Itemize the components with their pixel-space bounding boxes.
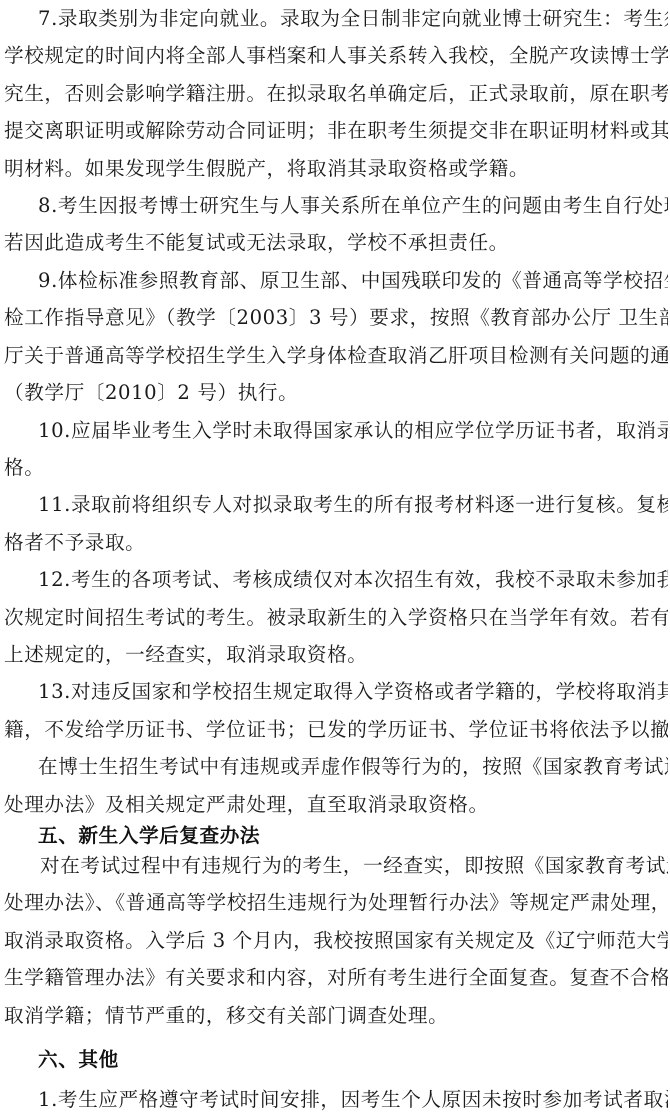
text-line: 检工作指导意见》（教学〔2003〕3 号）要求，按照《教育部办公厅 卫生部办公: [4, 306, 668, 330]
text-line: 次规定时间招生考试的考生。被录取新生的入学资格只在当学年有效。若有违反: [4, 606, 668, 630]
text-line: 在博士生招生考试中有违规或弄虚作假等行为的，按照《国家教育考试违规: [38, 755, 668, 779]
text-line: 厅关于普通高等学校招生学生入学身体检查取消乙肝项目检测有关问题的通知》: [4, 344, 668, 368]
text-line: 生学籍管理办法》有关要求和内容，对所有考生进行全面复查。复查不合格的，: [4, 966, 668, 990]
text-line: 7.录取类别为非定向就业。录取为全日制非定向就业博士研究生：考生须在: [38, 7, 668, 31]
text-line: 格者不予录取。: [4, 531, 668, 555]
text-line: 究生，否则会影响学籍注册。在拟录取名单确定后，正式录取前，原在职考生须: [4, 82, 668, 106]
text-line: 格。: [4, 456, 668, 480]
text-line: 12.考生的各项考试、考核成绩仅对本次招生有效，我校不录取未参加我校本: [38, 568, 668, 592]
text-line: 上述规定的，一经查实，取消录取资格。: [4, 643, 668, 667]
text-line: 10.应届毕业考生入学时未取得国家承认的相应学位学历证书者，取消录取资: [38, 419, 668, 443]
text-line: 若因此造成考生不能复试或无法录取，学校不承担责任。: [4, 231, 668, 255]
section-heading: 五、新生入学后复查办法: [38, 824, 260, 848]
text-line: 对在考试过程中有违规行为的考生，一经查实，即按照《国家教育考试违规: [40, 854, 668, 878]
text-line: 处理办法》及相关规定严肃处理，直至取消录取资格。: [4, 793, 668, 817]
text-line: 13.对违反国家和学校招生规定取得入学资格或者学籍的，学校将取消其学: [38, 680, 668, 704]
text-line: 9.体检标准参照教育部、原卫生部、中国残联印发的《普通高等学校招生体: [38, 269, 668, 293]
text-line: 学校规定的时间内将全部人事档案和人事关系转入我校，全脱产攻读博士学位研: [4, 44, 668, 68]
text-line: 11.录取前将组织专人对拟录取考生的所有报考材料逐一进行复核。复核不合: [38, 493, 668, 517]
text-line: 取消录取资格。入学后 3 个月内，我校按照国家有关规定及《辽宁师范大学研究: [4, 929, 668, 953]
text-line: 明材料。如果发现学生假脱产，将取消其录取资格或学籍。: [4, 157, 668, 181]
text-line: 8.考生因报考博士研究生与人事关系所在单位产生的问题由考生自行处理。: [38, 194, 668, 218]
text-line: 籍，不发给学历证书、学位证书；已发的学历证书、学位证书将依法予以撤销。: [4, 718, 668, 742]
document-page: 7.录取类别为非定向就业。录取为全日制非定向就业博士研究生：考生须在 学校规定的…: [0, 0, 670, 1113]
section-heading: 六、其他: [38, 1048, 119, 1072]
text-line: 处理办法》、《普通高等学校招生违规行为处理暂行办法》等规定严肃处理，直至: [4, 891, 668, 915]
text-line: （教学厅〔2010〕2 号）执行。: [4, 381, 668, 405]
text-line: 提交离职证明或解除劳动合同证明；非在职考生须提交非在职证明材料或其他证: [4, 119, 668, 143]
text-line: 1.考生应严格遵守考试时间安排，因考生个人原因未按时参加考试者取消复: [38, 1088, 668, 1112]
text-line: 取消学籍；情节严重的，移交有关部门调查处理。: [4, 1004, 668, 1028]
